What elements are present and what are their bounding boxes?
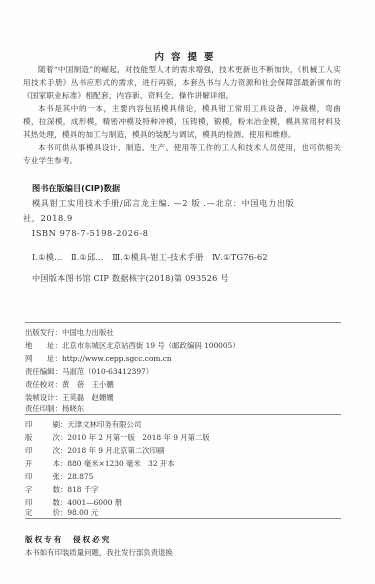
info-value: http://www.cepp.sgcc.com.cn [62, 354, 172, 363]
info-value: 黄 蓓 王小鹏 [62, 380, 114, 389]
summary-paragraph: 随着“中国制造”的崛起，对技能型人才的需求增强，技术更新也不断加快，《机械工人实… [23, 63, 341, 102]
info-value: 杨晓东 [62, 404, 84, 413]
print-row-printer: 印刷：天津文林印务有限公司 [25, 419, 141, 430]
info-key-part: 刷 [53, 419, 60, 430]
info-key-part: 开 [25, 458, 32, 469]
info-value: 2018 年 9 月北京第二次印刷 [67, 446, 164, 455]
divider [25, 322, 341, 323]
info-key-part: 印 [25, 471, 32, 482]
info-key-part: 数 [53, 484, 60, 495]
print-row-format: 开本：880 毫米×1230 毫米 32 开本 [25, 458, 175, 469]
info-key: 责任印制 [25, 403, 55, 414]
info-value: 28.875 [67, 472, 93, 481]
print-row-impression: 印次：2018 年 9 月北京第二次印刷 [25, 445, 164, 456]
divider [25, 414, 341, 415]
cip-title-line: 模具钳工实用技术手册/邱言龙主编. —2 版 .—北京：中国电力出版 [32, 198, 294, 209]
cip-title-line-cont: 社，2018.9 [23, 213, 73, 224]
info-key: 装帧设计 [25, 392, 55, 403]
info-value: 4001—6000 册 [67, 498, 122, 507]
divider [25, 518, 341, 519]
copyright-title: 版权专有 侵权必究 [25, 534, 111, 545]
info-key-part: 印 [25, 419, 32, 430]
info-key: 网 址 [25, 353, 55, 364]
info-key-part: 字 [25, 484, 32, 495]
print-row-price: 定价：98.00 元 [25, 507, 98, 518]
info-value: 中国电力出版社 [62, 328, 114, 337]
info-value: 王英磊 赵姗姗 [62, 393, 114, 402]
info-key-part: 次 [53, 445, 60, 456]
cip-heading: 图书在版编目(CIP)数据 [32, 183, 120, 194]
info-row-editor: 责任编辑：马淑范（010-63412397） [25, 366, 153, 377]
print-row-word-count: 字数：818 千字 [25, 484, 99, 495]
info-key-part: 印 [25, 445, 32, 456]
info-key-part: 价 [53, 507, 60, 518]
print-row-sheets: 印张：28.875 [25, 471, 93, 482]
copyright-page: 内容提要 随着“中国制造”的崛起，对技能型人才的需求增强，技术更新也不断加快，《… [0, 0, 375, 584]
print-row-edition: 版次：2010 年 2 月第一版 2018 年 9 月第二版 [25, 432, 210, 443]
copyright-note: 本书如有印装质量问题，我社发行部负责退换 [25, 547, 173, 558]
cip-classification: Ⅰ.①模… Ⅱ.①邱… Ⅲ.①模具-钳工-技术手册 Ⅳ.①TG76-62 [32, 252, 268, 263]
info-key-part: 本 [53, 458, 60, 469]
info-row-proofreader: 责任校对：黄 蓓 王小鹏 [25, 379, 114, 390]
info-key: 出版发行 [25, 327, 55, 338]
cip-isbn: ISBN 978-7-5198-2026-8 [32, 228, 149, 238]
info-row-print-supervisor: 责任印制：杨晓东 [25, 403, 84, 414]
info-key-part: 定 [25, 507, 32, 518]
info-key: 责任编辑 [25, 366, 55, 377]
info-value: 98.00 元 [67, 508, 98, 517]
info-row-website: 网 址：http://www.cepp.sgcc.com.cn [25, 353, 172, 364]
info-row-address: 地 址：北京市东城区北京站西街 19 号（邮政编码 100005） [25, 340, 240, 351]
info-value: 2010 年 2 月第一版 2018 年 9 月第二版 [67, 433, 209, 442]
info-key-part: 次 [53, 432, 60, 443]
info-value: 天津文林印务有限公司 [67, 420, 141, 429]
info-key: 责任校对 [25, 379, 55, 390]
info-key-part: 版 [25, 432, 32, 443]
summary-paragraph: 本书是其中的一本，主要内容包括模具绪论，模具钳工常用工具设备，冲裁模，弯曲模，拉… [23, 102, 341, 141]
cip-catalog-number: 中国版本图书馆 CIP 数据核字(2018)第 093526 号 [32, 273, 229, 284]
info-value: 马淑范（010-63412397） [62, 367, 153, 376]
info-row-designer: 装帧设计：王英磊 赵姗姗 [25, 392, 114, 403]
summary-paragraph: 本书可供从事模具设计、制造、生产、使用等工作的工人和技术人员使用，也可供相关专业… [23, 141, 341, 167]
info-key: 地 址 [25, 340, 55, 351]
info-value: 880 毫米×1230 毫米 32 开本 [67, 459, 174, 468]
info-value: 北京市东城区北京站西街 19 号（邮政编码 100005） [62, 341, 240, 350]
summary-title: 内容提要 [0, 49, 375, 63]
info-key-part: 张 [53, 471, 60, 482]
info-value: 818 千字 [67, 485, 98, 494]
info-row-publisher: 出版发行：中国电力出版社 [25, 327, 114, 338]
